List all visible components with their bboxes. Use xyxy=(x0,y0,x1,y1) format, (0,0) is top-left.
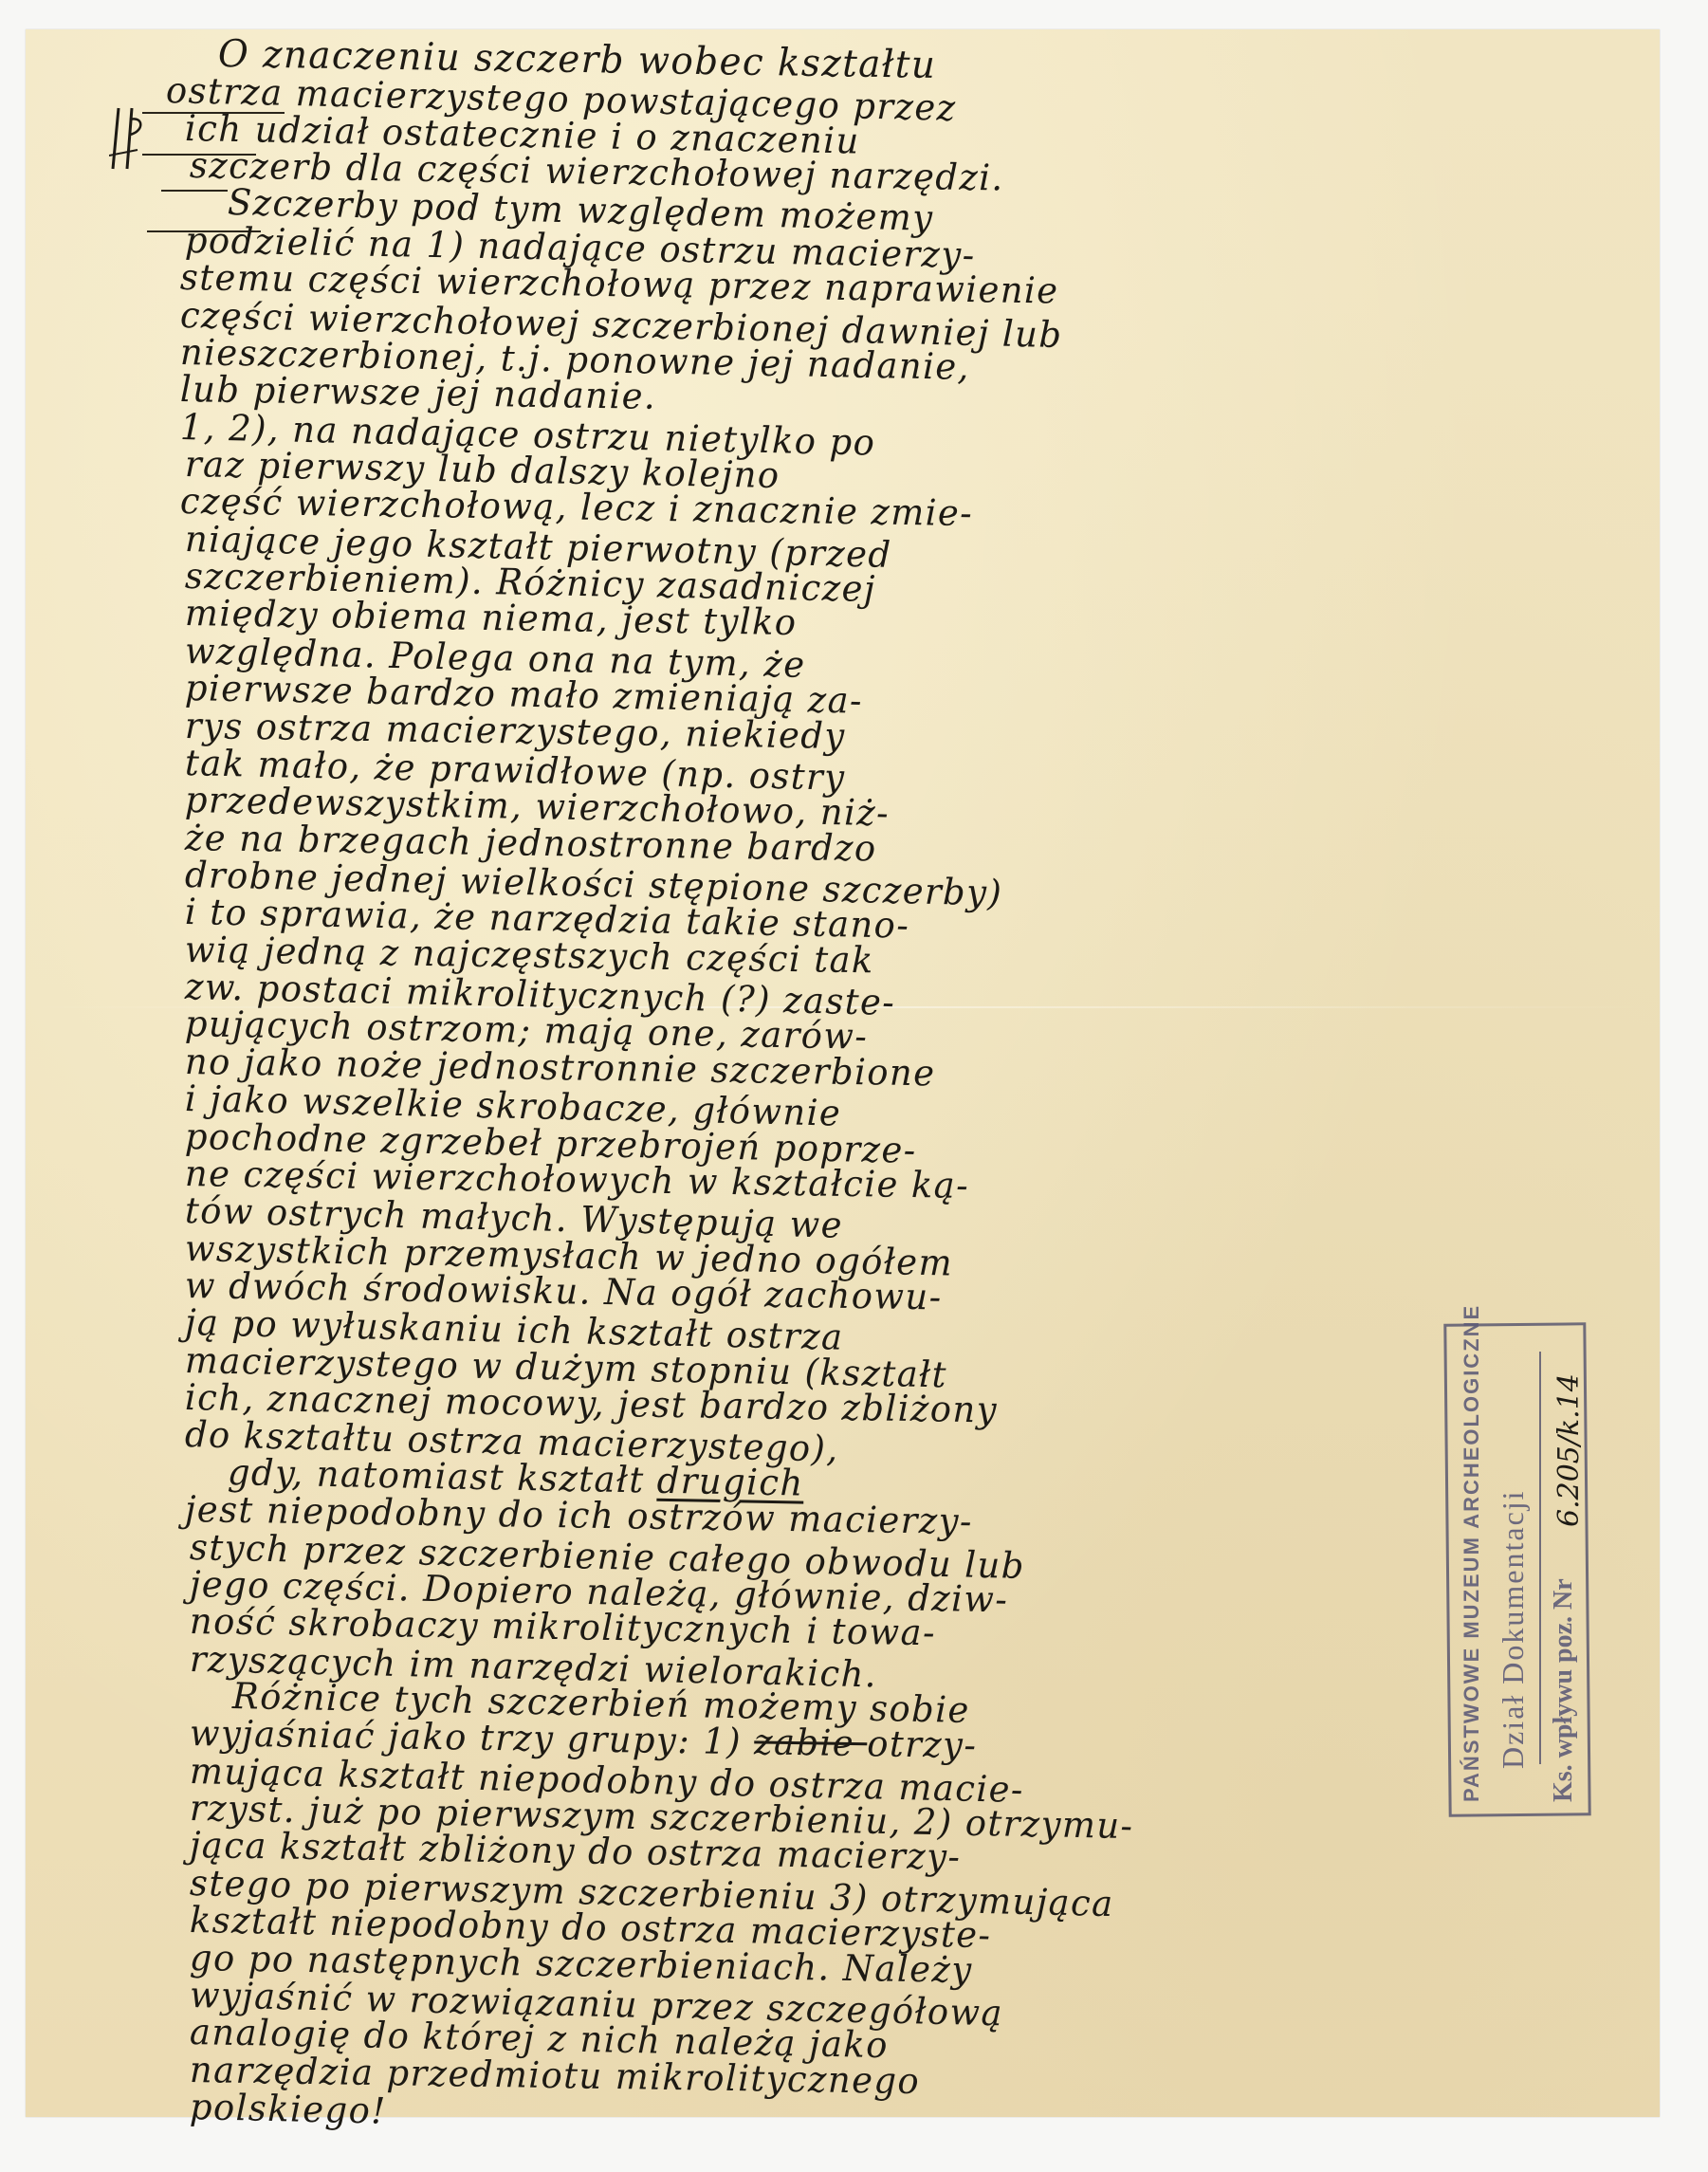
heading-rule-3 xyxy=(161,190,228,192)
struck-out-word: zabie xyxy=(754,1721,868,1765)
stamp-institution: PAŃSTWOWE MUZEUM ARCHEOLOGICZNE xyxy=(1460,1304,1484,1802)
stamp-divider xyxy=(1539,1352,1541,1764)
manuscript-line: polskiego! xyxy=(190,2086,388,2132)
stamp-entry-label: Ks. wpływu poz. Nr xyxy=(1549,1578,1579,1802)
margin-hash-mark-icon xyxy=(109,106,145,173)
stamp-department: Dział Dokumentacji xyxy=(1496,1489,1531,1769)
stamp-entry-number: 6.205/k.14 xyxy=(1552,1373,1586,1527)
archive-stamp: PAŃSTWOWE MUZEUM ARCHEOLOGICZNE Dział Do… xyxy=(1446,1323,1589,1816)
